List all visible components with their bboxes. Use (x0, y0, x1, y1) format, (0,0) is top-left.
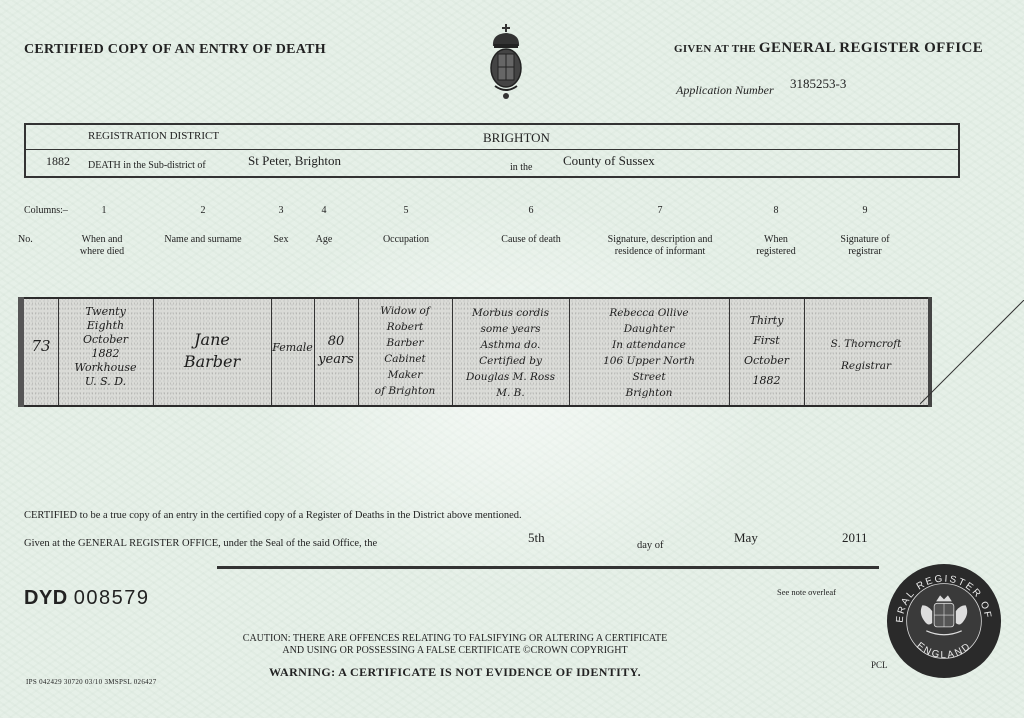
application-number: 3185253-3 (790, 76, 846, 92)
royal-crest-icon (486, 24, 526, 104)
registration-year: 1882 (46, 154, 70, 169)
entry-number: 73 (26, 339, 56, 353)
sub-district-value: St Peter, Brighton (248, 153, 341, 169)
entry-when-registered: Thirty First October 1882 (729, 311, 804, 391)
column-heading-when-registered: When registered (741, 234, 811, 258)
registration-district-value: BRIGHTON (483, 130, 550, 146)
in-the-label: in the (510, 162, 533, 173)
entry-name: Jane Barber (153, 329, 271, 373)
column-number-1: 1 (94, 205, 114, 217)
cancellation-line (920, 300, 1024, 410)
entry-age: 80 years (314, 333, 358, 369)
certificate-title: CERTIFIED COPY OF AN ENTRY OF DEATH (24, 42, 326, 58)
columns-label: Columns:– (24, 205, 68, 216)
day-of-label: day of (637, 540, 664, 551)
column-number-6: 6 (521, 205, 541, 217)
certification-year: 2011 (842, 530, 868, 546)
column-number-8: 8 (766, 205, 786, 217)
certification-statement: CERTIFIED to be a true copy of an entry … (24, 510, 522, 521)
column-heading-informant: Signature, description and residence of … (590, 234, 730, 258)
registration-district-label: REGISTRATION DISTRICT (88, 130, 219, 142)
certification-day: 5th (528, 530, 545, 546)
sub-district-label: DEATH in the Sub-district of (88, 160, 206, 171)
column-number-4: 4 (314, 205, 334, 217)
county-value: County of Sussex (563, 153, 655, 169)
identity-warning: WARNING: A CERTIFICATE IS NOT EVIDENCE O… (205, 665, 705, 680)
given-at-heading: GIVEN AT THE GENERAL REGISTER OFFICE (674, 40, 983, 57)
see-note-overleaf: See note overleaf (777, 587, 836, 597)
column-heading-occupation: Occupation (366, 234, 446, 246)
column-number-3: 3 (271, 205, 291, 217)
general-register-office-seal-icon: GENERAL REGISTER OFFICE × ENGLAND × (885, 562, 1003, 680)
column-heading-when-where: When and where died (64, 234, 140, 258)
serial-number: 008579 (74, 587, 150, 609)
caution-line-1: CAUTION: THERE ARE OFFENCES RELATING TO … (205, 633, 705, 645)
column-heading-registrar: Signature of registrar (830, 234, 900, 258)
entry-informant: Rebecca Ollive Daughter In attendance 10… (569, 305, 729, 401)
column-number-2: 2 (193, 205, 213, 217)
caution-line-2: AND USING OR POSSESSING A FALSE CERTIFIC… (205, 645, 705, 657)
column-number-9: 9 (855, 205, 875, 217)
register-entry-row: 73 Twenty Eighth October 1882 Workhouse … (18, 297, 932, 407)
column-heading-no: No. (18, 234, 48, 246)
serial-prefix: DYD (24, 587, 68, 609)
column-heading-cause: Cause of death (486, 234, 576, 246)
signature-rule (217, 566, 879, 569)
entry-registrar-signature: S. Thorncroft Registrar (804, 333, 928, 377)
column-heading-name: Name and surname (148, 234, 258, 246)
application-number-label: Application Number (676, 83, 774, 98)
entry-occupation: Widow of Robert Barber Cabinet Maker of … (358, 303, 452, 399)
certification-month: May (734, 530, 758, 546)
office-name: GENERAL REGISTER OFFICE (759, 40, 983, 56)
column-number-7: 7 (650, 205, 670, 217)
column-heading-age: Age (309, 234, 339, 246)
given-at-prefix: GIVEN AT THE (674, 43, 756, 55)
given-under-seal-statement: Given at the GENERAL REGISTER OFFICE, un… (24, 538, 377, 549)
entry-when-where-died: Twenty Eighth October 1882 Workhouse U. … (58, 305, 153, 389)
print-code: IPS 042429 30720 03/10 3MSPSL 026427 (26, 678, 157, 686)
certificate-serial: DYD 008579 (24, 587, 150, 610)
column-number-5: 5 (396, 205, 416, 217)
entry-sex: Female (271, 341, 314, 355)
entry-cause-of-death: Morbus cordis some years Asthma do. Cert… (452, 305, 569, 401)
column-heading-sex: Sex (266, 234, 296, 246)
caution-notice: CAUTION: THERE ARE OFFENCES RELATING TO … (205, 633, 705, 657)
